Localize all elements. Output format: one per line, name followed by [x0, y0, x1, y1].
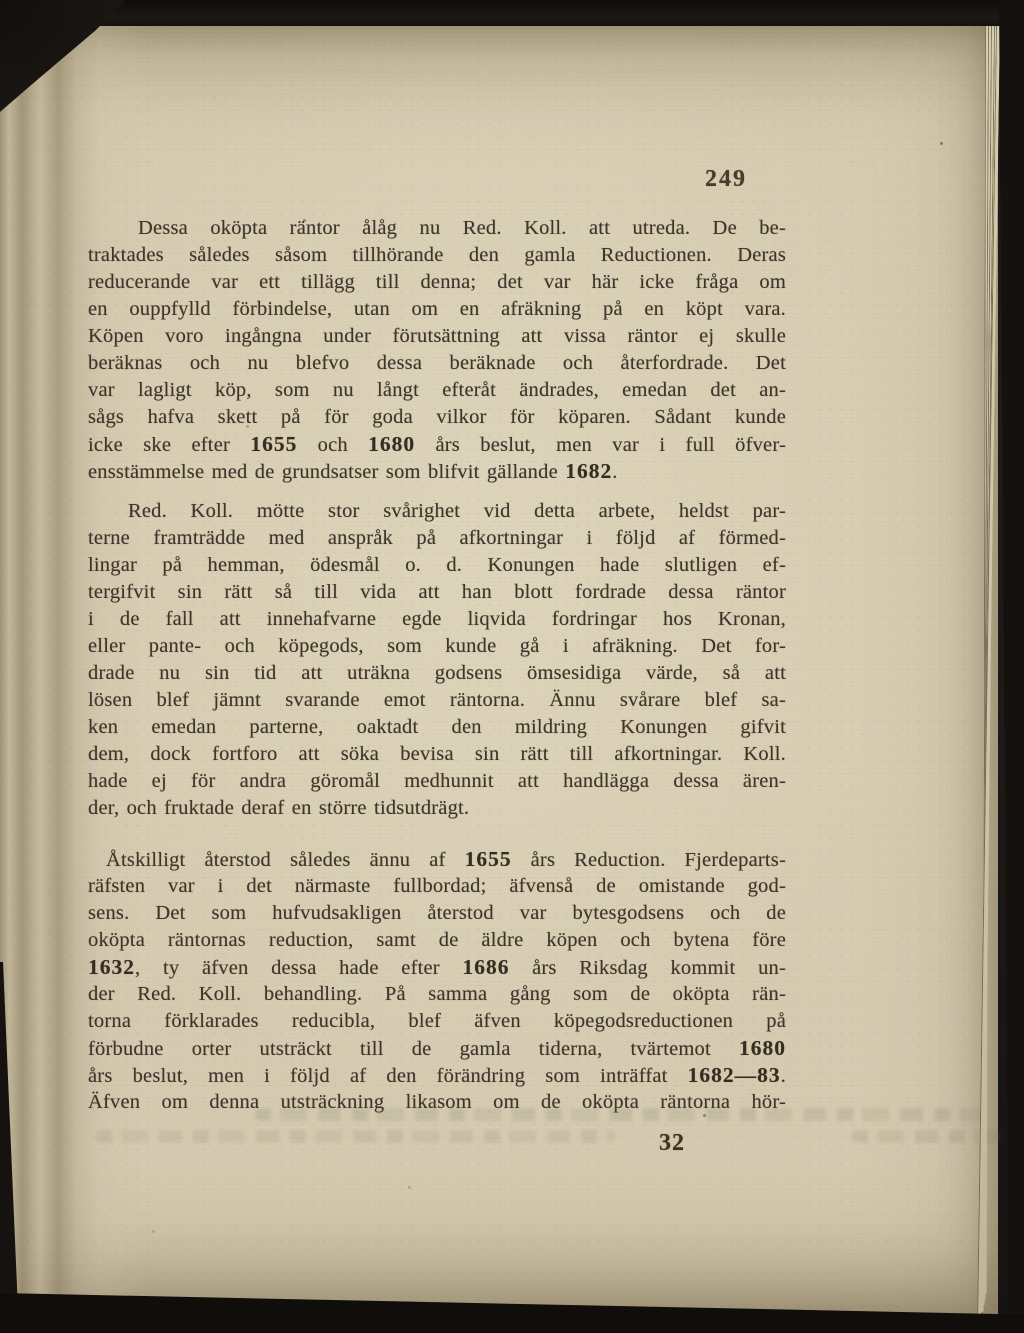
- book-page: 249 Dessa oköpta räntor ålåg nu Red. Kol…: [0, 26, 998, 1318]
- text-line: tergifvit sin rätt så till vida att han …: [88, 579, 786, 606]
- text-line: 1632, ty äfven dessa hade efter 1686 års…: [88, 954, 786, 981]
- paper-speck: [703, 1114, 706, 1117]
- signature-mark: 32: [644, 1130, 700, 1157]
- text-line: en ouppfylld förbindelse, utan om en afr…: [88, 296, 786, 323]
- text-line: lösen blef jämnt svarande emot räntorna.…: [88, 687, 786, 714]
- book-scan: 249 Dessa oköpta räntor ålåg nu Red. Kol…: [0, 0, 1024, 1333]
- text-line: eller pante- och köpegods, som kunde gå …: [88, 633, 786, 660]
- paragraph: Dessa oköpta räntor ålåg nu Red. Koll. a…: [88, 215, 786, 485]
- paper-speck: [408, 1186, 411, 1189]
- scan-border-top: [0, 0, 1024, 26]
- text-line: der, och fruktade deraf en större tidsut…: [88, 795, 786, 822]
- text-line: hade ej för andra göromål medhunnit att …: [88, 768, 786, 795]
- text-line: Köpen voro ingångna under förutsättning …: [88, 323, 786, 350]
- page-number: 249: [698, 166, 754, 193]
- text-line: torna förklarades reducibla, blef äfven …: [88, 1008, 786, 1035]
- text-line: lingar på hemman, ödesmål o. d. Konungen…: [88, 552, 786, 579]
- text-line: der Red. Koll. behandling. På samma gång…: [88, 981, 786, 1008]
- paper-speck: [246, 425, 249, 428]
- text-line: ken emedan parterne, oaktadt den mildrin…: [88, 714, 786, 741]
- text-line: Åtskilligt återstod således ännu af 1655…: [88, 846, 786, 873]
- paper-speck: [303, 219, 306, 222]
- text-line: sågs hafva skett på för goda vilkor för …: [88, 404, 786, 431]
- text-line: sens. Det som hufvudsakligen återstod va…: [88, 900, 786, 927]
- text-line: oköpta räntornas reduction, samt de äldr…: [88, 927, 786, 954]
- text-line: års beslut, men i följd af den förändrin…: [88, 1062, 786, 1089]
- text-line: terne framträdde med anspråk på afkortni…: [88, 525, 786, 552]
- text-line: räfsten var i det närmaste fullbordad; ä…: [88, 873, 786, 900]
- text-line: traktades således såsom tillhörande den …: [88, 242, 786, 269]
- text-block: Dessa oköpta räntor ålåg nu Red. Koll. a…: [88, 215, 786, 1116]
- text-line: Dessa oköpta räntor ålåg nu Red. Koll. a…: [88, 215, 786, 242]
- text-line: dem, dock fortforo att söka bevisa sin r…: [88, 741, 786, 768]
- text-line: beräknas och nu blefvo dessa beräknade o…: [88, 350, 786, 377]
- text-line: drade nu sin tid att uträkna godsens öms…: [88, 660, 786, 687]
- text-line: var lagligt köp, som nu långt efteråt än…: [88, 377, 786, 404]
- text-line: i de fall att innehafvarne egde liqvida …: [88, 606, 786, 633]
- text-line: ensstämmelse med de grundsatser som blif…: [88, 458, 786, 485]
- verso-show-through: [255, 1108, 990, 1121]
- text-line: förbudne orter utsträckt till de gamla t…: [88, 1035, 786, 1062]
- paper-speck: [152, 1230, 155, 1233]
- text-line: Red. Koll. mötte stor svårighet vid dett…: [88, 498, 786, 525]
- text-line: reducerande var ett tillägg till denna; …: [88, 269, 786, 296]
- verso-show-through: [96, 1130, 616, 1143]
- paper-speck: [940, 142, 943, 145]
- paragraph: Åtskilligt återstod således ännu af 1655…: [88, 846, 786, 1116]
- paragraph: Red. Koll. mötte stor svårighet vid dett…: [88, 498, 786, 822]
- text-line: icke ske efter 1655 och 1680 års beslut,…: [88, 431, 786, 458]
